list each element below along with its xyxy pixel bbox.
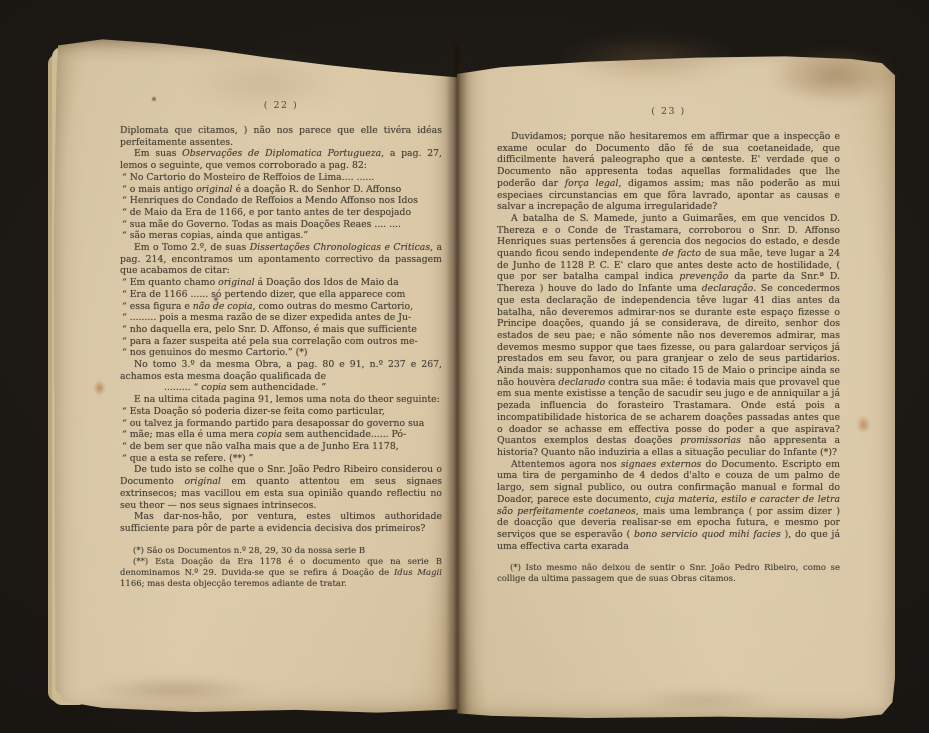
quote-line: “ ......... pois a mesma razão de se diz… (120, 312, 442, 324)
text-segment: E na ultima citada pagina 91, lemos uma … (134, 394, 440, 405)
quote-line: ......... “ copia sem authencidade. ” (120, 382, 442, 394)
text-segment: “ Esta Doação só poderia dizer-se feita … (122, 406, 385, 417)
text-segment: “ para a fazer suspeita até pela sua cor… (122, 336, 418, 347)
footnote: (*) Isto mesmo não deixou de sentir o Sn… (497, 563, 840, 585)
text-segment: “ ......... pois a mesma razão de se diz… (122, 312, 411, 323)
paragraph: Diplomata que citamos, ) não nos parece … (120, 125, 442, 148)
text-segment: , como outras do mesmo Cartorio, (253, 301, 413, 312)
text-segment: Em o Tomo 2.º, de suas (134, 242, 250, 253)
text-segment: “ que a esta se refere. (**) ” (122, 453, 253, 464)
text-segment: força legal (565, 178, 619, 189)
text-segment: original (184, 476, 220, 487)
text-segment: (*) São os Documentos n.º 28, 29, 30 da … (133, 546, 365, 556)
paragraph: E na ultima citada pagina 91, lemos uma … (120, 394, 442, 406)
text-segment: bono servicio quod mihi facies (634, 529, 781, 540)
footnote: (**) Esta Doação da Era 1178 é o documen… (120, 557, 442, 590)
page-left: ( 22 ) Diplomata que citamos, ) não nos … (54, 36, 457, 714)
text-segment: (*) Isto mesmo não deixou de sentir o Sn… (497, 563, 840, 584)
text-segment: “ nos genuinos do mesmo Cartorio.” (*) (122, 347, 308, 358)
text-segment: prevenção (679, 271, 728, 282)
text-segment: declaração (702, 283, 754, 294)
page-left-body: Diplomata que citamos, ) não nos parece … (120, 125, 442, 535)
text-segment: . Se concedermos que esta declaração de … (497, 283, 840, 388)
text-segment: promissorias (680, 435, 741, 446)
quote-line: “ sua mãe do Governo. Todas as mais Doaç… (120, 219, 442, 231)
text-segment: “ Era de 1166 ...... só pertendo dizer, … (122, 289, 405, 300)
quote-line: “ nho daquella era, pelo Snr. D. Affonso… (120, 324, 442, 336)
page-left-column: ( 22 ) Diplomata que citamos, ) não nos … (120, 100, 442, 590)
quote-line: “ essa figura e não de copia, como outra… (120, 301, 442, 313)
text-segment: “ Em quanto chamo (122, 277, 218, 288)
paragraph: Duvidamos; porque não hesitaremos em aff… (497, 131, 840, 213)
text-segment: 1166; mas desta objecção teremos adiante… (120, 579, 347, 589)
text-segment: “ No Cartorio do Mosteiro de Reffoios de… (122, 172, 374, 183)
text-segment: “ são meras copias, ainda que antigas.” (122, 230, 308, 241)
quote-line: “ para a fazer suspeita até pela sua cor… (120, 336, 442, 348)
quote-line: “ Era de 1166 ...... só pertendo dizer, … (120, 289, 442, 301)
text-segment: de facto (662, 248, 701, 259)
text-segment: Mas dar-nos-hão, por ventura, estes ulti… (120, 511, 442, 534)
quote-line: “ de bem ser que não valha mais que a de… (120, 441, 442, 453)
text-segment: “ sua mãe do Governo. Todas as mais Doaç… (122, 219, 401, 230)
text-segment: declarado (559, 377, 606, 388)
quote-line: “ de Maio da Era de 1166, e por tanto an… (120, 207, 442, 219)
quote-line: “ ou talvez ja formando partido para des… (120, 418, 442, 430)
text-segment: á Doação dos Idos de Maio da (255, 277, 399, 288)
text-segment: Dissertações Chronologicas e Criticas (250, 242, 430, 253)
text-segment: “ Henriques do Condado de Reffoios a Men… (122, 195, 418, 206)
text-segment: “ o mais antigo (122, 184, 196, 195)
text-segment: “ de bem ser que não valha mais que a de… (122, 441, 399, 452)
quote-line: “ nos genuinos do mesmo Cartorio.” (*) (120, 347, 442, 359)
text-segment: é a doação R. do Senhor D. Affonso (233, 184, 402, 195)
text-segment: copia (201, 382, 226, 393)
page-number-right: ( 23 ) (497, 106, 840, 118)
text-segment: original (196, 184, 232, 195)
quote-line: “ são meras copias, ainda que antigas.” (120, 230, 442, 242)
text-segment: “ ou talvez ja formando partido para des… (122, 418, 424, 429)
text-segment: ......... “ (164, 382, 201, 393)
quote-line: “ Em quanto chamo original á Doação dos … (120, 277, 442, 289)
page-left-footnotes: (*) São os Documentos n.º 28, 29, 30 da … (120, 546, 442, 590)
text-segment: “ essa figura e (122, 301, 193, 312)
quote-line: “ mãe; mas ella é uma mera copia sem aut… (120, 429, 442, 441)
book-gutter (446, 42, 468, 714)
page-right-column: ( 23 ) Duvidamos; porque não hesitaremos… (497, 106, 840, 585)
page-right: ( 23 ) Duvidamos; porque não hesitaremos… (457, 40, 895, 720)
page-number-left: ( 22 ) (120, 100, 442, 112)
quote-line: “ Henriques do Condado de Reffoios a Men… (120, 195, 442, 207)
quote-line: “ que a esta se refere. (**) ” (120, 453, 442, 465)
footnote: (*) São os Documentos n.º 28, 29, 30 da … (120, 546, 442, 557)
text-segment: não de copia (193, 301, 253, 312)
quote-line: “ o mais antigo original é a doação R. d… (120, 184, 442, 196)
page-right-body: Duvidamos; porque não hesitaremos em aff… (497, 131, 840, 552)
text-segment: Em suas (134, 148, 182, 159)
paragraph: Em o Tomo 2.º, de suas Dissertações Chro… (120, 242, 442, 277)
text-segment: Idus Magii (394, 568, 442, 578)
paragraph: A batalha de S. Mamede, junto a Guimarãe… (497, 213, 840, 459)
paragraph: Attentemos agora nos signaes externos do… (497, 459, 840, 553)
text-segment: Observações de Diplomatica Portugueza (182, 148, 381, 159)
text-segment: “ de Maio da Era de 1166, e por tanto an… (122, 207, 411, 218)
text-segment: copia (257, 429, 282, 440)
text-segment: sem authencidade. ” (227, 382, 327, 393)
paragraph: No tomo 3.º da mesma Obra, a pag. 80 e 9… (120, 359, 442, 382)
text-segment: sem authencidade...... Pó- (282, 429, 406, 440)
quote-line: “ Esta Doação só poderia dizer-se feita … (120, 406, 442, 418)
text-segment: No tomo 3.º da mesma Obra, a pag. 80 e 9… (120, 359, 442, 382)
paragraph: De tudo isto se colhe que o Snr. João Pe… (120, 464, 442, 511)
text-segment: signaes externos (621, 459, 701, 470)
book-photo: ( 22 ) Diplomata que citamos, ) não nos … (0, 0, 929, 733)
page-right-footnotes: (*) Isto mesmo não deixou de sentir o Sn… (497, 563, 840, 585)
text-segment: “ nho daquella era, pelo Snr. D. Affonso… (122, 324, 417, 335)
quote-line: “ No Cartorio do Mosteiro de Reffoios de… (120, 172, 442, 184)
text-segment: Diplomata que citamos, ) não nos parece … (120, 125, 442, 148)
paragraph: Mas dar-nos-hão, por ventura, estes ulti… (120, 511, 442, 534)
paragraph: Em suas Observações de Diplomatica Portu… (120, 148, 442, 171)
text-segment: original (218, 277, 254, 288)
text-segment: “ mãe; mas ella é uma mera (122, 429, 257, 440)
text-segment: Attentemos agora nos (511, 459, 621, 470)
